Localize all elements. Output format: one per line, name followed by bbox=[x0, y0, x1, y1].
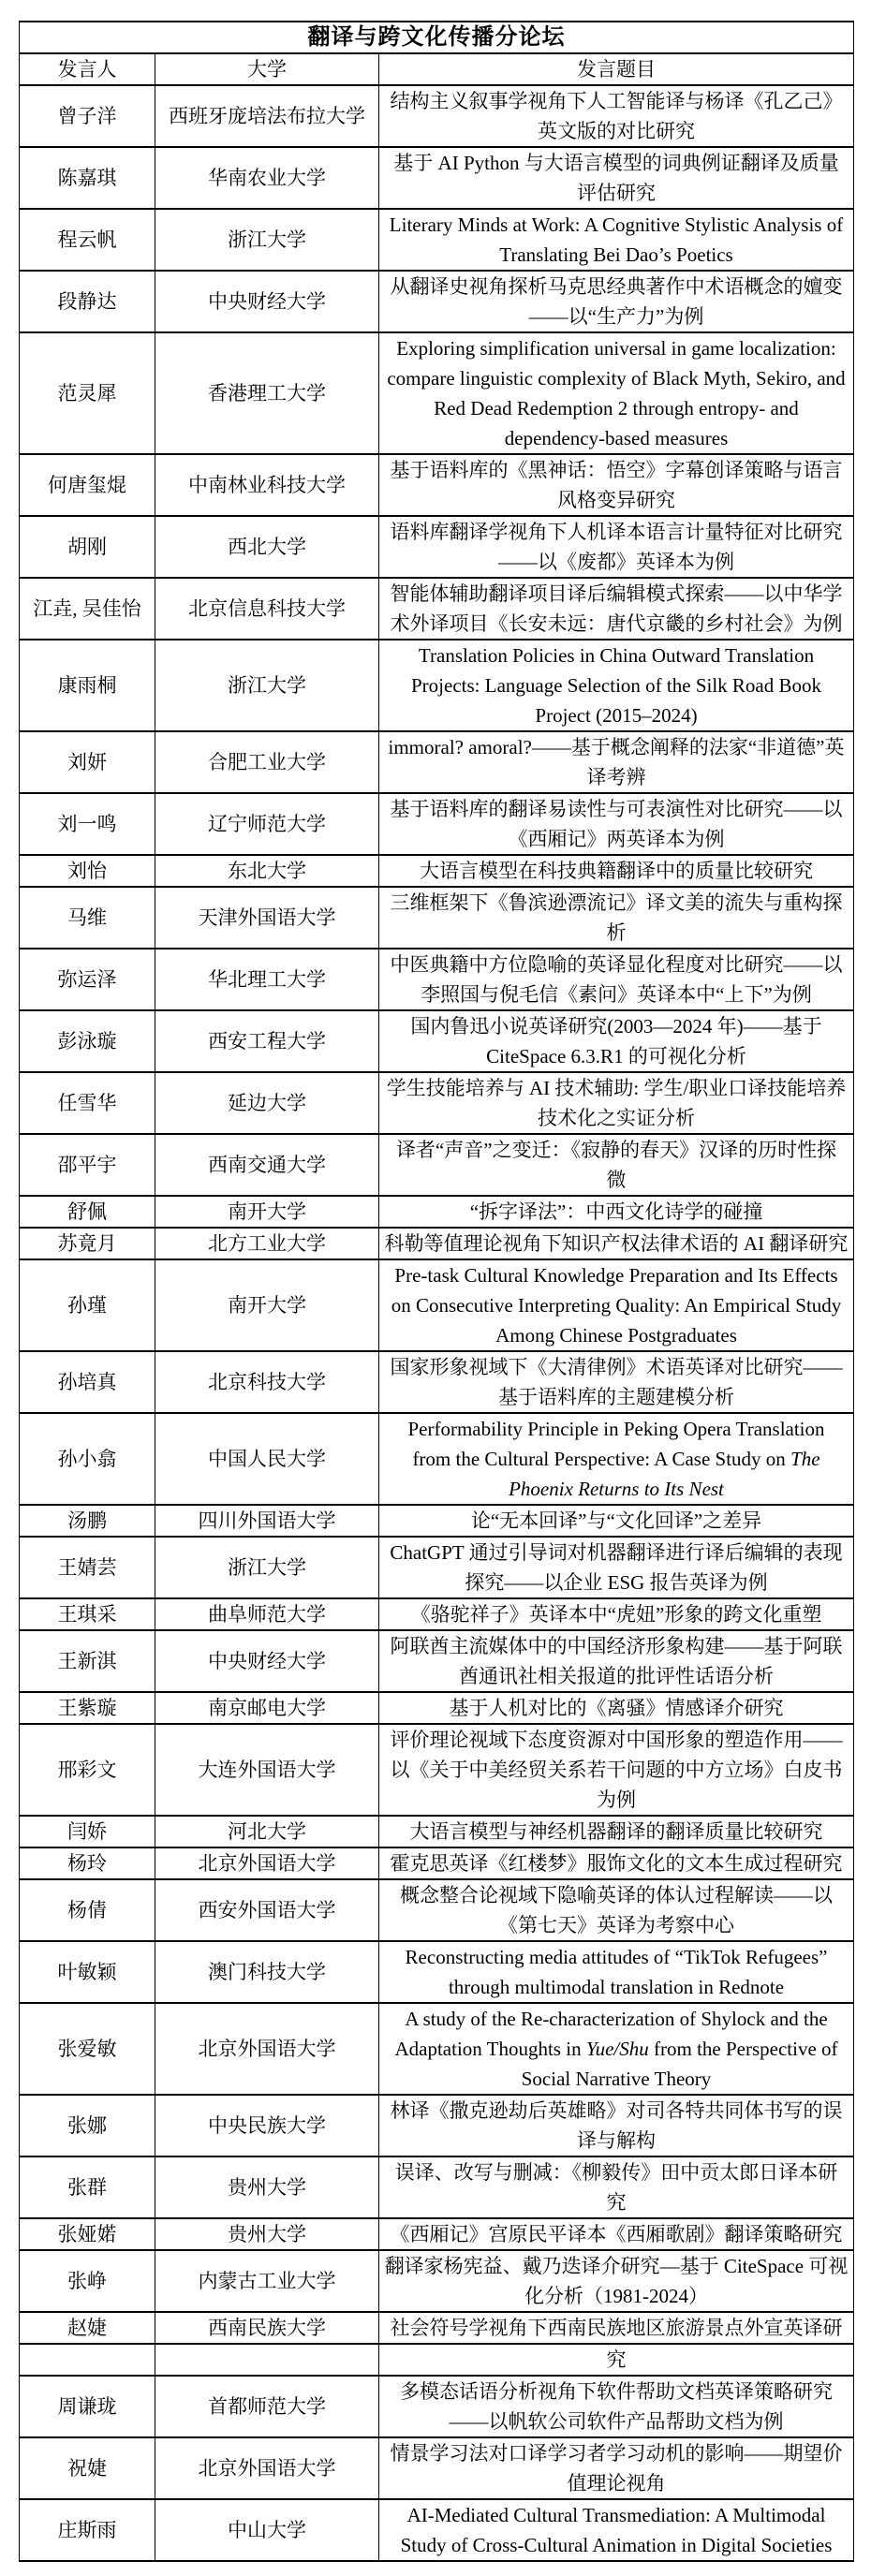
table-row: 彭泳璇 西安工程大学 国内鲁迅小说英译研究(2003—2024 年)——基于 C… bbox=[20, 1010, 854, 1072]
talk-title: 国内鲁迅小说英译研究(2003—2024 年)——基于 CiteSpace 6.… bbox=[379, 1010, 854, 1072]
university-name: 大连外国语大学 bbox=[155, 1724, 379, 1816]
table-row: 张峥 内蒙古工业大学 翻译家杨宪益、戴乃迭译介研究—基于 CiteSpace 可… bbox=[20, 2250, 854, 2312]
talk-title: 大语言模型与神经机器翻译的翻译质量比较研究 bbox=[379, 1816, 854, 1847]
table-row: 刘妍 合肥工业大学 immoral? amoral?——基于概念阐释的法家“非道… bbox=[20, 731, 854, 793]
speaker-name: 胡刚 bbox=[20, 516, 155, 578]
talk-title: A study of the Re-characterization of Sh… bbox=[379, 2003, 854, 2095]
speaker-name: 邢彩文 bbox=[20, 1724, 155, 1816]
table-row: 杨玲 北京外国语大学 霍克思英译《红楼梦》服饰文化的文本生成过程研究 bbox=[20, 1847, 854, 1879]
university-name: 天津外国语大学 bbox=[155, 887, 379, 949]
talk-title: 情景学习法对口译学习者学习动机的影响——期望价 值理论视角 bbox=[379, 2437, 854, 2499]
column-header-university: 大学 bbox=[155, 53, 379, 85]
table-body: 曾子洋 西班牙庞培法布拉大学 结构主义叙事学视角下人工智能译与杨译《孔乙己》 英… bbox=[20, 85, 854, 2561]
table-row: 弥运泽 华北理工大学 中医典籍中方位隐喻的英译显化程度对比研究——以 李照国与倪… bbox=[20, 949, 854, 1010]
talk-title: 评价理论视域下态度资源对中国形象的塑造作用—— 以《关于中美经贸关系若干问题的中… bbox=[379, 1724, 854, 1816]
talk-title: 论“无本回译”与“文化回译”之差异 bbox=[379, 1505, 854, 1537]
university-name: 澳门科技大学 bbox=[155, 1941, 379, 2003]
speaker-name: 范灵犀 bbox=[20, 332, 155, 454]
table-row: 范灵犀 香港理工大学 Exploring simplification univ… bbox=[20, 332, 854, 454]
table-row: 康雨桐 浙江大学 Translation Policies in China O… bbox=[20, 640, 854, 731]
university-name: 中央财经大学 bbox=[155, 1630, 379, 1692]
table-row: 汤鹏 四川外国语大学 论“无本回译”与“文化回译”之差异 bbox=[20, 1505, 854, 1537]
talk-title: 阿联酋主流媒体中的中国经济形象构建——基于阿联 酋通讯社相关报道的批评性话语分析 bbox=[379, 1630, 854, 1692]
speaker-name: 舒佩 bbox=[20, 1196, 155, 1228]
speaker-name: 张群 bbox=[20, 2156, 155, 2218]
speaker-name: 马维 bbox=[20, 887, 155, 949]
speaker-name: 康雨桐 bbox=[20, 640, 155, 731]
italic-title-segment: Yue/Shu bbox=[586, 2038, 649, 2060]
talk-title: Performability Principle in Peking Opera… bbox=[379, 1413, 854, 1505]
speaker-name: 杨倩 bbox=[20, 1879, 155, 1941]
talk-title: 基于语料库的《黑神话：悟空》字幕创译策略与语言 风格变异研究 bbox=[379, 454, 854, 516]
talk-title: ChatGPT 通过引导词对机器翻译进行译后编辑的表现 探究——以企业 ESG … bbox=[379, 1537, 854, 1598]
speaker-name: 杨玲 bbox=[20, 1847, 155, 1879]
talk-title: 究 bbox=[379, 2344, 854, 2376]
table-row: 刘怡 东北大学 大语言模型在科技典籍翻译中的质量比较研究 bbox=[20, 855, 854, 887]
speaker-name: 江垚, 吴佳怡 bbox=[20, 578, 155, 640]
table-row: 马维 天津外国语大学 三维框架下《鲁滨逊漂流记》译文美的流失与重构探 析 bbox=[20, 887, 854, 949]
header-row: 发言人 大学 发言题目 bbox=[20, 53, 854, 85]
speaker-name: 苏竟月 bbox=[20, 1228, 155, 1259]
talk-title: 三维框架下《鲁滨逊漂流记》译文美的流失与重构探 析 bbox=[379, 887, 854, 949]
speaker-name: 程云帆 bbox=[20, 209, 155, 271]
speaker-name: 祝婕 bbox=[20, 2437, 155, 2499]
table-row: 祝婕 北京外国语大学 情景学习法对口译学习者学习动机的影响——期望价 值理论视角 bbox=[20, 2437, 854, 2499]
speaker-name: 彭泳璇 bbox=[20, 1010, 155, 1072]
table-row: 何唐玺焜 中南林业科技大学 基于语料库的《黑神话：悟空》字幕创译策略与语言 风格… bbox=[20, 454, 854, 516]
university-name: 东北大学 bbox=[155, 855, 379, 887]
table-row: 孙小翕 中国人民大学 Performability Principle in P… bbox=[20, 1413, 854, 1505]
speaker-name: 王琪采 bbox=[20, 1598, 155, 1630]
university-name: 北京外国语大学 bbox=[155, 2437, 379, 2499]
talk-title: 结构主义叙事学视角下人工智能译与杨译《孔乙己》 英文版的对比研究 bbox=[379, 85, 854, 147]
university-name: 北京外国语大学 bbox=[155, 1847, 379, 1879]
table-row: 程云帆 浙江大学 Literary Minds at Work: A Cogni… bbox=[20, 209, 854, 271]
university-name: 北京外国语大学 bbox=[155, 2003, 379, 2095]
university-name: 西安外国语大学 bbox=[155, 1879, 379, 1941]
table-row: 张娜 中央民族大学 林译《撒克逊劫后英雄略》对司各特共同体书写的误 译与解构 bbox=[20, 2095, 854, 2156]
university-name: 西南民族大学 bbox=[155, 2312, 379, 2344]
talk-title: 基于 AI Python 与大语言模型的词典例证翻译及质量 评估研究 bbox=[379, 147, 854, 209]
speaker-name: 孙瑾 bbox=[20, 1259, 155, 1351]
table-row: 王琪采 曲阜师范大学 《骆驼祥子》英译本中“虎妞”形象的跨文化重塑 bbox=[20, 1598, 854, 1630]
speaker-name: 张娜 bbox=[20, 2095, 155, 2156]
speaker-name: 孙小翕 bbox=[20, 1413, 155, 1505]
speaker-name bbox=[20, 2344, 155, 2376]
university-name: 浙江大学 bbox=[155, 640, 379, 731]
speaker-name: 庄斯雨 bbox=[20, 2499, 155, 2561]
talk-title: 林译《撒克逊劫后英雄略》对司各特共同体书写的误 译与解构 bbox=[379, 2095, 854, 2156]
university-name: 中南林业科技大学 bbox=[155, 454, 379, 516]
talk-title: 中医典籍中方位隐喻的英译显化程度对比研究——以 李照国与倪毛信《素问》英译本中“… bbox=[379, 949, 854, 1010]
table-row: 张爱敏 北京外国语大学 A study of the Re-characteri… bbox=[20, 2003, 854, 2095]
talk-title: 《骆驼祥子》英译本中“虎妞”形象的跨文化重塑 bbox=[379, 1598, 854, 1630]
table-row: 邵平宇 西南交通大学 译者“声音”之变迁：《寂静的春天》汉译的历时性探 微 bbox=[20, 1134, 854, 1196]
university-name: 内蒙古工业大学 bbox=[155, 2250, 379, 2312]
table-row: 张群 贵州大学 误译、改写与删减：《柳毅传》田中贡太郎日译本研 究 bbox=[20, 2156, 854, 2218]
university-name: 中央民族大学 bbox=[155, 2095, 379, 2156]
table-row: 王婧芸 浙江大学 ChatGPT 通过引导词对机器翻译进行译后编辑的表现 探究—… bbox=[20, 1537, 854, 1598]
university-name: 西安工程大学 bbox=[155, 1010, 379, 1072]
table-row: 江垚, 吴佳怡 北京信息科技大学 智能体辅助翻译项目译后编辑模式探索——以中华学… bbox=[20, 578, 854, 640]
university-name: 香港理工大学 bbox=[155, 332, 379, 454]
table-row: 究 bbox=[20, 2344, 854, 2376]
university-name: 合肥工业大学 bbox=[155, 731, 379, 793]
speaker-name: 刘妍 bbox=[20, 731, 155, 793]
speaker-name: 叶敏颖 bbox=[20, 1941, 155, 2003]
talk-title: 译者“声音”之变迁：《寂静的春天》汉译的历时性探 微 bbox=[379, 1134, 854, 1196]
table-row: 陈嘉琪 华南农业大学 基于 AI Python 与大语言模型的词典例证翻译及质量… bbox=[20, 147, 854, 209]
university-name: 中央财经大学 bbox=[155, 271, 379, 332]
column-header-topic: 发言题目 bbox=[379, 53, 854, 85]
talk-title: immoral? amoral?——基于概念阐释的法家“非道德”英 译考辨 bbox=[379, 731, 854, 793]
talk-title: Pre-task Cultural Knowledge Preparation … bbox=[379, 1259, 854, 1351]
speaker-name: 邵平宇 bbox=[20, 1134, 155, 1196]
talk-title: 误译、改写与删减：《柳毅传》田中贡太郎日译本研 究 bbox=[379, 2156, 854, 2218]
university-name: 河北大学 bbox=[155, 1816, 379, 1847]
talk-title: 学生技能培养与 AI 技术辅助: 学生/职业口译技能培养 技术化之实证分析 bbox=[379, 1072, 854, 1134]
speaker-name: 任雪华 bbox=[20, 1072, 155, 1134]
university-name: 北京信息科技大学 bbox=[155, 578, 379, 640]
talk-title: AI-Mediated Cultural Transmediation: A M… bbox=[379, 2499, 854, 2561]
speaker-name: 弥运泽 bbox=[20, 949, 155, 1010]
speaker-name: 陈嘉琪 bbox=[20, 147, 155, 209]
talk-title: 大语言模型在科技典籍翻译中的质量比较研究 bbox=[379, 855, 854, 887]
university-name: 贵州大学 bbox=[155, 2156, 379, 2218]
talk-title: 科勒等值理论视角下知识产权法律术语的 AI 翻译研究 bbox=[379, 1228, 854, 1259]
university-name: 贵州大学 bbox=[155, 2218, 379, 2250]
table-row: 孙瑾 南开大学 Pre-task Cultural Knowledge Prep… bbox=[20, 1259, 854, 1351]
university-name: 曲阜师范大学 bbox=[155, 1598, 379, 1630]
table-row: 苏竟月 北方工业大学 科勒等值理论视角下知识产权法律术语的 AI 翻译研究 bbox=[20, 1228, 854, 1259]
talk-title: 从翻译史视角探析马克思经典著作中术语概念的嬗变 ——以“生产力”为例 bbox=[379, 271, 854, 332]
table-row: 闫娇 河北大学 大语言模型与神经机器翻译的翻译质量比较研究 bbox=[20, 1816, 854, 1847]
table-row: 舒佩 南开大学 “拆字译法”：中西文化诗学的碰撞 bbox=[20, 1196, 854, 1228]
university-name: 延边大学 bbox=[155, 1072, 379, 1134]
talk-title: “拆字译法”：中西文化诗学的碰撞 bbox=[379, 1196, 854, 1228]
university-name: 四川外国语大学 bbox=[155, 1505, 379, 1537]
table-row: 周谦珑 首都师范大学 多模态话语分析视角下软件帮助文档英译策略研究 ——以帆软公… bbox=[20, 2376, 854, 2437]
talk-title: 语料库翻译学视角下人机译本语言计量特征对比研究 ——以《废都》英译本为例 bbox=[379, 516, 854, 578]
speaker-name: 何唐玺焜 bbox=[20, 454, 155, 516]
talk-title: 国家形象视域下《大清律例》术语英译对比研究—— 基于语料库的主题建模分析 bbox=[379, 1351, 854, 1413]
table-row: 任雪华 延边大学 学生技能培养与 AI 技术辅助: 学生/职业口译技能培养 技术… bbox=[20, 1072, 854, 1134]
university-name: 中国人民大学 bbox=[155, 1413, 379, 1505]
title-segment: Performability Principle in Peking Opera… bbox=[407, 1418, 824, 1470]
university-name: 首都师范大学 bbox=[155, 2376, 379, 2437]
title-row: 翻译与跨文化传播分论坛 bbox=[20, 22, 854, 53]
university-name: 浙江大学 bbox=[155, 1537, 379, 1598]
table-row: 邢彩文 大连外国语大学 评价理论视域下态度资源对中国形象的塑造作用—— 以《关于… bbox=[20, 1724, 854, 1816]
table-row: 段静达 中央财经大学 从翻译史视角探析马克思经典著作中术语概念的嬗变 ——以“生… bbox=[20, 271, 854, 332]
university-name: 浙江大学 bbox=[155, 209, 379, 271]
table-row: 叶敏颖 澳门科技大学 Reconstructing media attitude… bbox=[20, 1941, 854, 2003]
talk-title: Translation Policies in China Outward Tr… bbox=[379, 640, 854, 731]
column-header-speaker: 发言人 bbox=[20, 53, 155, 85]
talk-title: Reconstructing media attitudes of “TikTo… bbox=[379, 1941, 854, 2003]
talk-title: 基于人机对比的《离骚》情感译介研究 bbox=[379, 1692, 854, 1724]
talk-title: 基于语料库的翻译易读性与可表演性对比研究——以 《西厢记》两英译本为例 bbox=[379, 793, 854, 855]
table-row: 王新淇 中央财经大学 阿联酋主流媒体中的中国经济形象构建——基于阿联 酋通讯社相… bbox=[20, 1630, 854, 1692]
talk-title: 《西厢记》宫原民平译本《西厢歌剧》翻译策略研究 bbox=[379, 2218, 854, 2250]
talk-title: 翻译家杨宪益、戴乃迭译介研究—基于 CiteSpace 可视 化分析（1981-… bbox=[379, 2250, 854, 2312]
university-name: 南京邮电大学 bbox=[155, 1692, 379, 1724]
talk-title: Literary Minds at Work: A Cognitive Styl… bbox=[379, 209, 854, 271]
speaker-name: 张峥 bbox=[20, 2250, 155, 2312]
speaker-name: 王婧芸 bbox=[20, 1537, 155, 1598]
speaker-name: 闫娇 bbox=[20, 1816, 155, 1847]
university-name: 南开大学 bbox=[155, 1259, 379, 1351]
talk-title: 智能体辅助翻译项目译后编辑模式探索——以中华学 术外译项目《长安未远：唐代京畿的… bbox=[379, 578, 854, 640]
speaker-name: 张娅婼 bbox=[20, 2218, 155, 2250]
table-row: 曾子洋 西班牙庞培法布拉大学 结构主义叙事学视角下人工智能译与杨译《孔乙己》 英… bbox=[20, 85, 854, 147]
university-name: 西南交通大学 bbox=[155, 1134, 379, 1196]
university-name: 西北大学 bbox=[155, 516, 379, 578]
speaker-name: 王新淇 bbox=[20, 1630, 155, 1692]
speaker-name: 刘一鸣 bbox=[20, 793, 155, 855]
university-name: 西班牙庞培法布拉大学 bbox=[155, 85, 379, 147]
table-row: 杨倩 西安外国语大学 概念整合论视域下隐喻英译的体认过程解读——以 《第七天》英… bbox=[20, 1879, 854, 1941]
table-row: 刘一鸣 辽宁师范大学 基于语料库的翻译易读性与可表演性对比研究——以 《西厢记》… bbox=[20, 793, 854, 855]
speaker-name: 王紫璇 bbox=[20, 1692, 155, 1724]
university-name: 中山大学 bbox=[155, 2499, 379, 2561]
table-row: 庄斯雨 中山大学 AI-Mediated Cultural Transmedia… bbox=[20, 2499, 854, 2561]
table-row: 赵婕 西南民族大学 社会符号学视角下西南民族地区旅游景点外宣英译研 bbox=[20, 2312, 854, 2344]
talk-title: 社会符号学视角下西南民族地区旅游景点外宣英译研 bbox=[379, 2312, 854, 2344]
table-row: 张娅婼 贵州大学 《西厢记》宫原民平译本《西厢歌剧》翻译策略研究 bbox=[20, 2218, 854, 2250]
table-title: 翻译与跨文化传播分论坛 bbox=[20, 22, 854, 53]
university-name: 华北理工大学 bbox=[155, 949, 379, 1010]
university-name: 华南农业大学 bbox=[155, 147, 379, 209]
speaker-name: 赵婕 bbox=[20, 2312, 155, 2344]
talk-title: 概念整合论视域下隐喻英译的体认过程解读——以 《第七天》英译为考察中心 bbox=[379, 1879, 854, 1941]
speaker-name: 汤鹏 bbox=[20, 1505, 155, 1537]
speaker-name: 曾子洋 bbox=[20, 85, 155, 147]
speaker-name: 张爱敏 bbox=[20, 2003, 155, 2095]
table-row: 王紫璇 南京邮电大学 基于人机对比的《离骚》情感译介研究 bbox=[20, 1692, 854, 1724]
university-name: 北方工业大学 bbox=[155, 1228, 379, 1259]
talk-title: Exploring simplification universal in ga… bbox=[379, 332, 854, 454]
university-name: 北京科技大学 bbox=[155, 1351, 379, 1413]
talk-title: 霍克思英译《红楼梦》服饰文化的文本生成过程研究 bbox=[379, 1847, 854, 1879]
speaker-name: 段静达 bbox=[20, 271, 155, 332]
table-row: 胡刚 西北大学 语料库翻译学视角下人机译本语言计量特征对比研究 ——以《废都》英… bbox=[20, 516, 854, 578]
university-name: 南开大学 bbox=[155, 1196, 379, 1228]
speaker-name: 刘怡 bbox=[20, 855, 155, 887]
university-name bbox=[155, 2344, 379, 2376]
table-row: 孙培真 北京科技大学 国家形象视域下《大清律例》术语英译对比研究—— 基于语料库… bbox=[20, 1351, 854, 1413]
talk-title: 多模态话语分析视角下软件帮助文档英译策略研究 ——以帆软公司软件产品帮助文档为例 bbox=[379, 2376, 854, 2437]
speaker-name: 孙培真 bbox=[20, 1351, 155, 1413]
forum-schedule-table: 翻译与跨文化传播分论坛 发言人 大学 发言题目 曾子洋 西班牙庞培法布拉大学 结… bbox=[19, 21, 854, 2562]
speaker-name: 周谦珑 bbox=[20, 2376, 155, 2437]
university-name: 辽宁师范大学 bbox=[155, 793, 379, 855]
